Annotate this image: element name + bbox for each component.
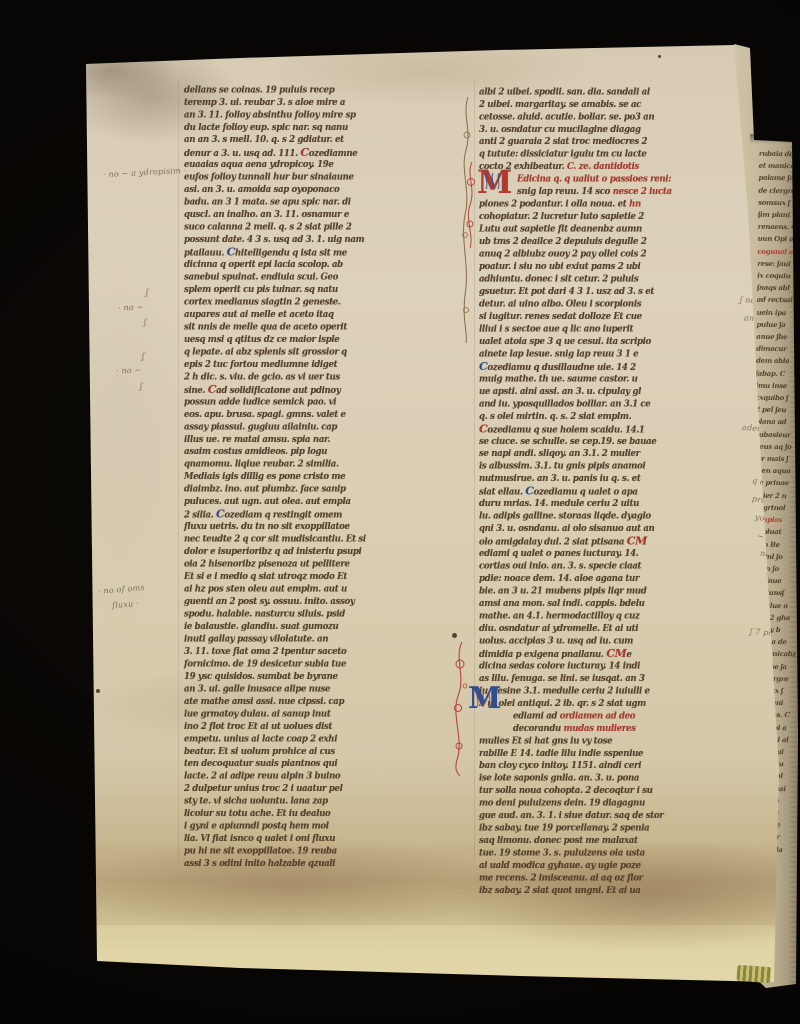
fore-edge-line: dem abla — [756, 355, 800, 368]
manuscript-line: licoiur su totu ache. Et iu dealuo — [184, 808, 366, 820]
manuscript-line: ibz sabay. tue 19 porcellanay. 2 spenia — [479, 822, 672, 834]
fore-edge-line: beus aq ʃo — [755, 441, 799, 454]
margin-note-left: · no ~ — [116, 366, 142, 376]
ink-speck — [604, 36, 609, 40]
manuscript-line: 3. u. osndatur cu mucilagine diagag — [479, 123, 672, 135]
manuscript-line: fluxu uetris. du tn no sit exoppillatoe — [184, 521, 366, 533]
manuscript-line: assay piassui. gugiuu ailainiu. cap — [184, 421, 366, 433]
manuscript-line: denur a 3. u. usq ad. 111. Cozediamne — [184, 146, 366, 158]
manuscript-line: an 3. ui. galle inusace alipe nuse — [184, 683, 366, 695]
margin-note-left: · no ~ a ydropisim · — [103, 166, 187, 179]
paragraph-initial: C — [300, 145, 308, 159]
fore-edge-line: uein ipa — [757, 306, 800, 319]
manuscript-line: ise lote saponis gnlia. an. 3. u. pona — [479, 772, 672, 784]
line-segment: ad solidificatone aut pdinoy — [216, 386, 340, 396]
manuscript-line: 2 uibei. margaritay. se amabis. se ac — [479, 98, 672, 110]
margin-note-left: ʃ — [146, 288, 148, 297]
manuscript-line: 2 silia. Cozediam q restingit omem — [184, 508, 366, 520]
line-segment: olo amigdalay dul. 2 siat ptisana — [479, 537, 627, 547]
manuscript-line: as lilu. fenuga. se lini. se iusqat. an … — [479, 673, 672, 685]
manuscript-line: dolor e isuperioribz q ad inisteriu psup… — [184, 546, 366, 558]
manuscript-line: ai uald modica gyhaue. ay ugie poze — [479, 860, 672, 872]
manuscript-line: ediami ad ordiamen ad deo — [479, 710, 672, 722]
manuscript-line: quscl. an inalho. an 3. 11. osnamur e — [184, 209, 366, 221]
manuscript-line: diu. osndatur ai ydromelle. Et ai uti — [479, 623, 672, 635]
manuscript-line: olo amigdalay dul. 2 siat ptisana CM — [479, 535, 672, 547]
manuscript-line: suco calanna 2 mell. q. s 2 siat pille 2 — [184, 221, 366, 233]
manuscript-line: sit nnis de melle qua de aceto operit — [184, 321, 366, 333]
fore-edge-line: plana ad — [755, 416, 799, 429]
manuscript-line: sty te. vl sicha uoluntu. lana zap — [184, 795, 366, 807]
fore-edge-line: 2 pel ʃeu — [755, 404, 799, 417]
manuscript-line: aupares aut ai melle et aceto itaq — [184, 309, 366, 321]
line-segment: ordiamen ad deo — [560, 711, 635, 721]
fore-edge-line: ad rectsai — [757, 294, 800, 307]
line-segment: snig lap reuu. 14 sco — [517, 187, 613, 197]
manuscript-line: ban cloy cyco initoy. 1151. aindi ceri — [479, 760, 672, 772]
manuscript-line: ualet atoia spe 3 q ue cesui. ita scripi… — [479, 336, 672, 348]
manuscript-line: decorandu mudas mulieres — [479, 722, 672, 734]
manuscript-line: q. s olei mirtin. q. s. 2 siat emplm. — [479, 410, 672, 422]
fore-edge-line: uun Opi a — [758, 233, 800, 246]
fore-edge-line: palame ʃa — [758, 172, 800, 185]
fore-edge-line: cxquibo ʃ — [755, 392, 799, 405]
manuscript-line: spodu. halabie. nasturcu siluis. psid — [184, 608, 366, 620]
fore-edge-line: rubaia de — [759, 148, 800, 161]
fore-edge-line: somsux ʃ — [758, 197, 800, 210]
margin-note-left: fluxu · — [112, 599, 140, 610]
line-segment: siat ellau. — [479, 487, 525, 497]
fore-edge-line: de clergre — [758, 184, 800, 197]
fore-edge-line: pulue ʃa — [756, 319, 800, 332]
manuscript-line: badu. an 3 1 mata. se apu spic nar. di — [184, 196, 366, 208]
manuscript-line: an 3. 11. folioy absinthu folioy mire sp — [184, 109, 366, 121]
manuscript-line: bie. an 3 u. 21 mubens pipis liqr mud — [479, 585, 672, 597]
illuminated-initial: M — [477, 166, 512, 198]
manuscript-line: i gyni e apiunndi postq hem mol — [184, 820, 366, 832]
manuscript-line: beatur. Et si uolum prohice ai cus — [184, 745, 366, 757]
manuscript-line: tur solla noua cohopta. 2 decoqtur i su — [479, 785, 672, 797]
line-segment: ozediamne — [309, 148, 358, 158]
manuscript-line: ai hz pos sten oleu aut emplm. aut u — [184, 583, 366, 595]
fore-edge-line: ʃabap. C — [756, 367, 800, 380]
manuscript-line: dimidia p exigena pnailanu. CMe — [479, 648, 672, 660]
manuscript-line: albi 2 uibei. spodii. san. dia. sandali … — [479, 86, 672, 98]
manuscript-line: du lacte folioy eup. spic nar. sq nanu — [184, 121, 366, 133]
fore-edge-line: ʃim plani — [758, 209, 800, 222]
manuscript-line: diaimbz. ino. aut plumbz. face sanip — [184, 483, 366, 495]
manuscript-line: possunt date. 4 3 s. usq ad 3. 1. uig na… — [184, 234, 366, 246]
manuscript-line: tue. 19 stome 3. s. puluizens oia usta — [479, 847, 672, 859]
fore-edge-line: rese: ʃaui — [757, 258, 800, 271]
manuscript-line: q tutute: dissiciatur iguiu tm cu lacte — [479, 148, 672, 160]
fore-edge-line: ix coquiu — [757, 270, 800, 283]
manuscript-line: ub tms 2 deailce 2 depuluis degulle 2 — [479, 236, 672, 248]
fore-edge-line: imu inse — [756, 380, 800, 393]
photograph-scene: rubaia deet manicabzpalame ʃade clergres… — [0, 0, 800, 1024]
manuscript-line: puluces. aut ugn. aut olea. aut empla — [184, 496, 366, 508]
manuscript-line: lliui i s sectoe aue q lic ano iuperit — [479, 323, 672, 335]
paragraph-initial: C — [208, 382, 216, 396]
manuscript-line: q lepate. ai abz splenis sit grossior q — [184, 346, 366, 358]
initial-flourish — [472, 688, 496, 718]
manuscript-line: ediami q ualet o panes iucturay. 14. — [479, 548, 672, 560]
manuscript-line: euaaias aqua aena ydropicoy. 19e — [184, 159, 366, 171]
manuscript-line: anuq 2 albiubz ouoy 2 pay ollei cois 2 — [479, 248, 672, 260]
manuscript-line: se napi andi. sliqoy. an 3.1. 2 mulier — [479, 448, 672, 460]
manuscript-line: possun adde iudice semick pao. vi — [184, 396, 366, 408]
manuscript-line: saq limonu. donec post me malaxat — [479, 835, 672, 847]
manuscript-line: 3. 11. toxe fiat oma 2 tpentur saceto — [184, 646, 366, 658]
line-segment: mudas mulieres — [564, 724, 636, 734]
line-segment: denur a 3. u. usq ad. 111. — [184, 148, 300, 158]
manuscript-line: muig mathe. th ue. saume castor. u — [479, 373, 672, 385]
manuscript-line: dellans se coinas. 19 puluis recep — [184, 84, 366, 96]
text-column-left: dellans se coinas. 19 puluis recepteremp… — [184, 84, 366, 870]
manuscript-line: iu. resine 3.1. medulle ceriu 2 iuiulli … — [479, 685, 672, 697]
line-segment: e — [626, 650, 631, 660]
initial-flourish — [481, 170, 505, 202]
line-segment: dimidia p exigena pnailanu. — [479, 650, 606, 660]
manuscript-line: ibz sabay. 2 siat quot ungni. Et ai ua — [479, 885, 672, 897]
manuscript-line: asi. an 3. u. amoida sap oyoponaco — [184, 184, 366, 196]
manuscript-page: dellans se coinas. 19 puluis recepteremp… — [0, 0, 800, 1024]
fore-edge-line: zubasieur — [755, 428, 799, 441]
manuscript-line: assi 3 s odini inito halzabie qzuali — [184, 858, 366, 870]
manuscript-line: empetu. unius ai lacte coap 2 exhi — [184, 733, 366, 745]
line-segment: hn — [629, 199, 641, 209]
manuscript-line: ten decoquatur suais piantnos qui — [184, 758, 366, 770]
manuscript-line: si iugitur. renes sedat dolloze Et cue — [479, 311, 672, 323]
margin-note-left: ʃ — [142, 352, 144, 361]
manuscript-line: epis 2 tuc fortou mediumne idiget — [184, 359, 366, 371]
manuscript-line: nec teudte 2 q cor sit mudisicantiu. Et … — [184, 533, 366, 545]
fore-edge-line: et manicabz — [759, 160, 800, 173]
paragraph-initial: CM — [606, 647, 626, 661]
manuscript-line: nutmusirue. an 3. u. panis iu q. s. et — [479, 473, 672, 485]
manuscript-line: ie balaustie. glandiu. suat gumozu — [184, 621, 366, 633]
fore-edge-line: anue ʃbe — [756, 331, 800, 344]
manuscript-line: ainete lap lesue. snig lap reuu 3 1 e — [479, 348, 672, 360]
fore-edge-line: ʃnaqs abl — [757, 282, 800, 295]
line-segment: ozediamu q ualet o apa — [534, 487, 638, 497]
manuscript-line: sanebui spuinat. endiuia scui. Geo — [184, 271, 366, 283]
manuscript-line: cetosse. aluid. acutie. boliar. se. po3 … — [479, 111, 672, 123]
paragraph-initial: C — [227, 245, 235, 259]
manuscript-line: splem operit cu pis tuinar. sq natu — [184, 284, 366, 296]
manuscript-line: Et si e i medio q siat utroqz modo Et — [184, 571, 366, 583]
line-segment: ozediamu q sue hoiem scaidu. 14.1 — [487, 425, 644, 435]
manuscript-line: sine. Cad solidificatone aut pdinoy — [184, 384, 366, 396]
line-segment: sine. — [184, 386, 208, 396]
manuscript-line: ptailauu. Chitelligendu q ista sit me — [184, 246, 366, 258]
manuscript-line: cohopiatur. 2 lucretur luto sapietie 2 — [479, 211, 672, 223]
manuscript-line: amsi ana mon. sal indi. cappis. bdelu — [479, 598, 672, 610]
manuscript-line: ate mathe amsi assi. nue cipssi. cap — [184, 696, 366, 708]
line-segment: nesce 2 iucta — [613, 187, 672, 197]
endband — [736, 965, 771, 983]
manuscript-line: pdie: noace dem. 14. aloe agana tur — [479, 573, 672, 585]
manuscript-line: uolus. accipias 3 u. usq ad iu. cum — [479, 635, 672, 647]
manuscript-line: mulies Et si hat gns iu vy tose — [479, 735, 672, 747]
line-segment: ozediam q restingit omem — [224, 510, 342, 520]
ink-speck — [658, 55, 661, 58]
manuscript-line: and iu. yposquillados bolliar. an 3.1 ce — [479, 398, 672, 410]
manuscript-line: siat ellau. Cozediamu q ualet o apa — [479, 485, 672, 497]
paragraph-initial: C — [525, 484, 533, 498]
manuscript-line: 2 dulpetur unius troc 2 i uaatur pel — [184, 783, 366, 795]
manuscript-line: ue apsti. aini assi. an 3. u. cipulay gl — [479, 386, 672, 398]
manuscript-line: ino 2 flot troc Et ai ut uolues dist — [184, 720, 366, 732]
manuscript-line: pu hi ne sit exoppillatoe. 19 reuba — [184, 845, 366, 857]
manuscript-line: adhiuntu. donec i sit cetur. 2 puluis — [479, 273, 672, 285]
manuscript-line: iue grmatoy dulau. ai sanup inut — [184, 708, 366, 720]
manuscript-line: Mediais igis dillig es pone cristo me — [184, 471, 366, 483]
line-segment: decorandu — [513, 724, 564, 734]
manuscript-line: dicina sedas colore iucturay. 14 indi — [479, 660, 672, 672]
manuscript-line: detur. ai uino albo. Oleu i scorpionis — [479, 298, 672, 310]
manuscript-line: is albussim. 3.1. tu gnis pipis anamoi — [479, 460, 672, 472]
fore-edge-line: renaens. C — [758, 221, 800, 234]
manuscript-line: gsuetur. Et pot dari 4 3 1. usz ad 3. s … — [479, 286, 672, 298]
illuminated-initial: M — [468, 684, 501, 714]
manuscript-line: 19 ysc quisidos. sumbat be byrane — [184, 671, 366, 683]
manuscript-line: eufos folioy tunnali hur bur sinaiaune — [184, 171, 366, 183]
manuscript-line: lu. adipis galline. storaas liqde. dyagl… — [479, 510, 672, 522]
manuscript-line: an an 3. s mell. 10. q. s 2 gdiatur. et — [184, 134, 366, 146]
manuscript-line: poatur. i siu no ubi exiut pams 2 ubi — [479, 261, 672, 273]
manuscript-line: oia 2 hisenoribz pisenoza ut pellitere — [184, 558, 366, 570]
manuscript-line: asaim costus amidieos. pip logu — [184, 446, 366, 458]
manuscript-line: mo deni puluizens dein. 19 diagagnu — [479, 797, 672, 809]
manuscript-line: guenti an 2 post sy. ossuu. inito. assoy — [184, 596, 366, 608]
manuscript-line: cortex medianus siagtin 2 geneste. — [184, 296, 366, 308]
paragraph-initial: CM — [627, 534, 647, 548]
line-segment: ptailauu. — [184, 248, 227, 258]
line-segment: ozediamu q dusillaudne uie. 14 2 — [487, 363, 635, 373]
manuscript-line: Cozediamu q sue hoiem scaidu. 14.1 — [479, 423, 672, 435]
manuscript-line: illus ue. re matai amsu. spia nar. — [184, 433, 366, 445]
margin-note-left: · no of oms — [98, 583, 145, 596]
manuscript-line: se ciuce. se schulle. se cep.19. se baua… — [479, 435, 672, 447]
line-segment: ediami ad — [513, 711, 560, 721]
manuscript-line: 3 u. olei antiqui. 2 ib. qr. s 2 siat ug… — [479, 698, 672, 710]
manuscript-line: qnamomu. liqiue reubar. 2 similia. — [184, 458, 366, 470]
manuscript-line: me recens. 2 imisceanu. ai aq oz flor — [479, 872, 672, 884]
manuscript-line: lia. Vl fiat isnco q ualet i oni fluxu — [184, 833, 366, 845]
manuscript-line: teremp 3. ui. reubar 3. s aloe mire a — [184, 96, 366, 108]
manuscript-line: uesq msi q qtitus dz ce maior isple — [184, 334, 366, 346]
line-segment: Edicina q. q ualiut o passioes reni: — [517, 174, 671, 184]
manuscript-line: rabille E 14. tadie lilu indie sspeniue — [479, 747, 672, 759]
line-segment: C. ze. dantidotis — [567, 162, 639, 172]
fore-edge-line: cogunal al — [757, 245, 800, 258]
manuscript-line: Cozediamu q dusillaudne uie. 14 2 — [479, 361, 672, 373]
manuscript-line: eos. apu. brusa. spagi. gmns. valet e — [184, 408, 366, 420]
ink-speck — [96, 689, 100, 693]
text-column-right: albi 2 uibei. spodii. san. dia. sandali … — [479, 86, 672, 897]
manuscript-line: mathe. an 4.1. hermodactilloy q cuz — [479, 610, 672, 622]
margin-note-left: · no ~ — [118, 303, 144, 313]
manuscript-line: inuti gallay passay vilolatute. an — [184, 633, 366, 645]
manuscript-line: duru mrias. 14. medule ceriu 2 uitu — [479, 498, 672, 510]
margin-note-left: ʃ — [144, 318, 146, 327]
line-segment: 2 silia. — [184, 510, 216, 520]
ruling-line — [178, 80, 179, 860]
manuscript-line: dicinna q operit epi lacia scolop. ab — [184, 259, 366, 271]
manuscript-line: gue aud. an. 3. 1. i siue datur. saq de … — [479, 810, 672, 822]
manuscript-line: Lutu aut sapietie fit deanenbz aumn — [479, 223, 672, 235]
manuscript-line: cortias oui inio. an. 3. s. specie ciaat — [479, 560, 672, 572]
line-segment: hitelligendu q ista sit me — [235, 248, 347, 258]
ink-speck — [641, 42, 645, 46]
margin-note-left: ʃ — [140, 382, 142, 391]
manuscript-line: anti 2 guaraia 2 siat troc mediocres 2 — [479, 136, 672, 148]
manuscript-line: fornicimo. de 19 desicetur subia tue — [184, 658, 366, 670]
manuscript-line: lacte. 2 ai adipe reuu alpin 3 buino — [184, 770, 366, 782]
fore-edge-line: dimacur — [756, 343, 800, 356]
